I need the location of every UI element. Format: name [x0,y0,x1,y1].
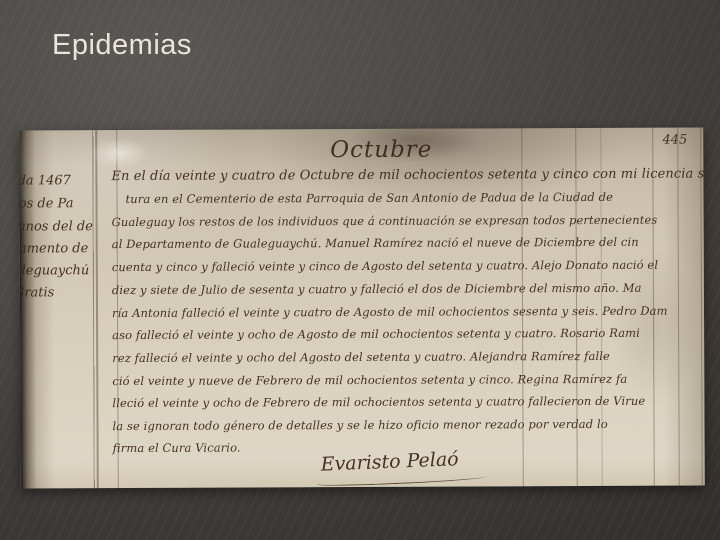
presentation-slide: Epidemias Octubre 445 ida 1467 tos de Pa… [0,0,720,540]
folio-number: 445 [662,133,687,148]
act-text-line: cuenta y cinco y falleció veinte y cinco… [112,260,658,274]
priest-signature: Evaristo Pelaó [320,448,459,475]
act-text-line: diez y siete de Julio de sesenta y cuatr… [112,283,642,297]
month-header: Octubre [301,137,461,164]
act-text-line: rez falleció el veinte y ocho del Agosto… [112,351,610,365]
register-page-photo: Octubre 445 ida 1467 tos de Pa ianos del… [19,128,705,489]
act-text-line: aso falleció el veinte y ocho de Agosto … [112,328,640,342]
act-text-line: al Departamento de Gualeguaychú. Manuel … [112,237,639,251]
act-text-line: ría Antonia falleció el veinte y cuatro … [112,306,668,320]
margin-note: ida 1467 [19,174,97,187]
margin-note: aleguaychú [19,264,98,277]
act-text-line: tura en el Cementerio de esta Parroquia … [126,192,614,206]
signature-flourish [317,473,487,487]
margin-note: tamento de [19,242,98,255]
margin-note: Gratis [19,286,98,299]
act-text-line: ció el veinte y nueve de Febrero de mil … [112,374,627,388]
paper-stain [89,138,149,168]
act-text-line: firma el Cura Vicario. [113,443,241,455]
margin-note: ianos del de [19,220,97,233]
slide-title: Epidemias [52,30,192,62]
act-text-line: lleció el veinte y ocho de Febrero de mi… [112,396,645,410]
margin-note: tos de Pa [19,197,97,210]
act-text-line: Gualeguay los restos de los individuos q… [112,215,658,229]
act-text-line: En el día veinte y cuatro de Octubre de … [111,167,704,183]
act-text-line: la se ignoran todo género de detalles y … [112,419,607,433]
